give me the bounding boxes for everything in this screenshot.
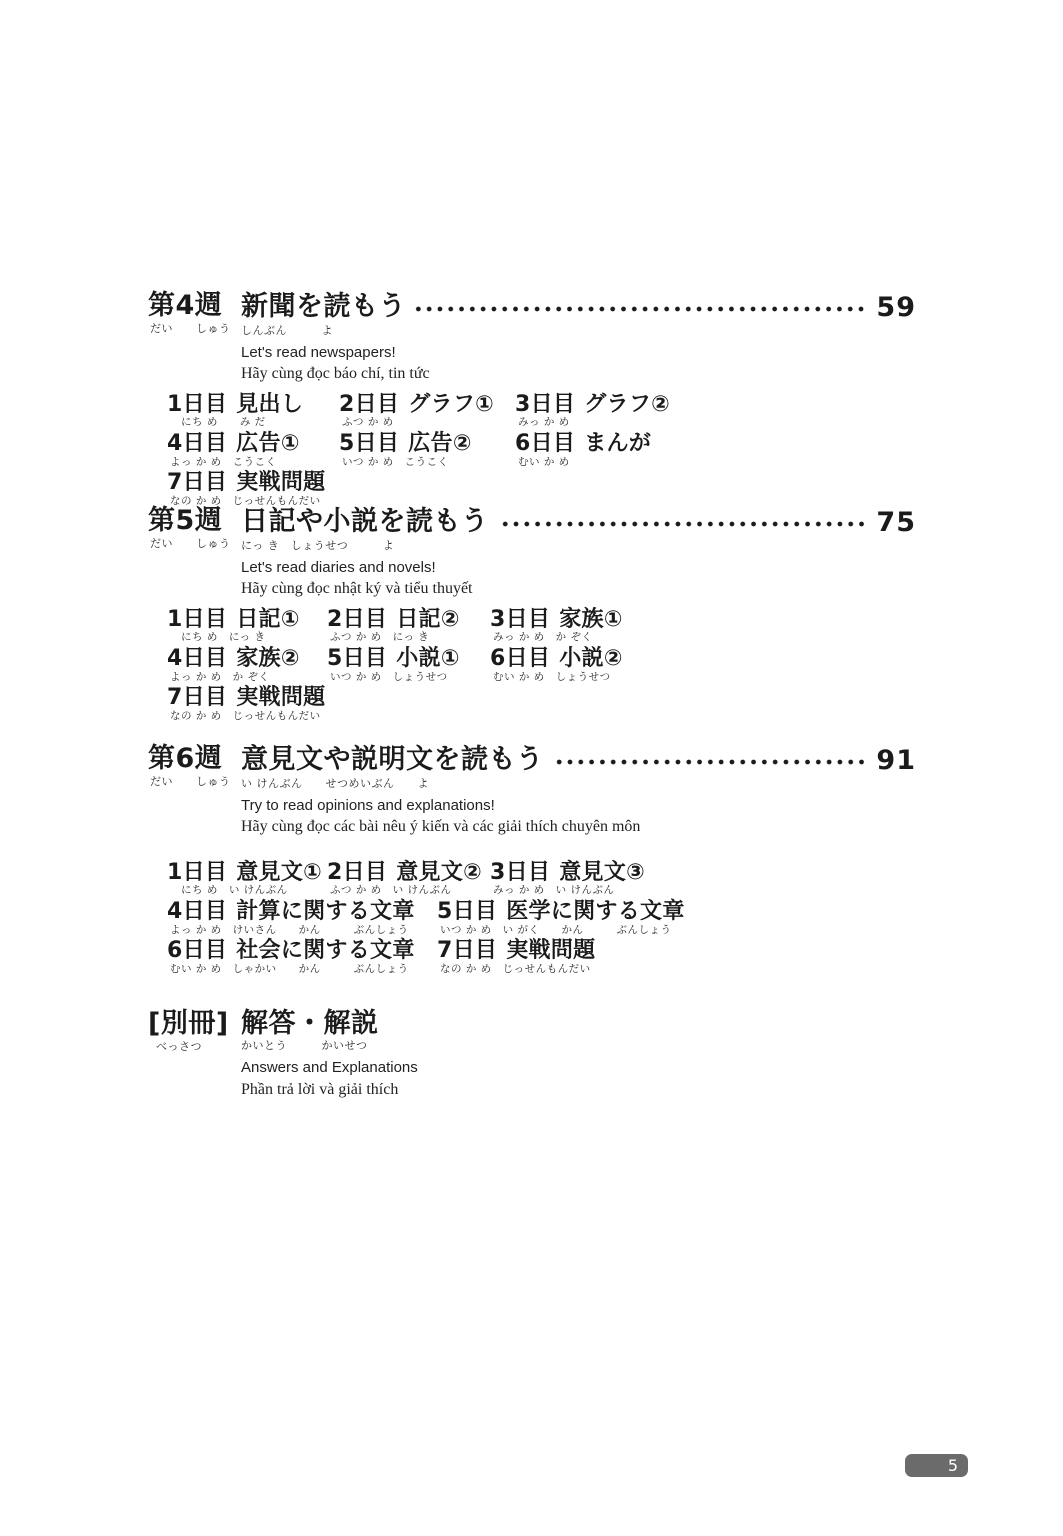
day-number: 1日目 [167, 392, 227, 417]
week-label: 第5週 [148, 507, 241, 535]
week-head: 第6週 だい しゅう 意見文や説明文を読もう 91 い けんぶん せつめいぶん … [148, 745, 916, 837]
day-furigana: ふつ か め い けんぶん [327, 885, 484, 897]
day-entry: 7日目実戦問題 [167, 471, 910, 495]
day-topic: 日記① [236, 607, 300, 632]
day-item: 1日目日記① にち め にっ き [167, 608, 327, 644]
week-subtitle-vietnamese: Hãy cùng đọc các bài nêu ý kiến và các g… [241, 818, 916, 836]
appendix-label: [別冊] [148, 1010, 241, 1038]
day-furigana: みっ か め [515, 417, 910, 429]
day-furigana: いつ か め い がく かん ぶんしょう [437, 925, 910, 937]
day-topic: 実戦問題 [236, 470, 325, 495]
week-page-number: 59 [876, 292, 916, 323]
day-item: 5日目医学に関する文章 いつ か め い がく かん ぶんしょう [437, 900, 916, 936]
day-entry: 6日目まんが [515, 432, 910, 456]
day-number: 5日目 [339, 431, 399, 456]
day-number: 6日目 [490, 646, 550, 671]
day-number: 5日目 [327, 646, 387, 671]
week-section: 第6週 だい しゅう 意見文や説明文を読もう 91 い けんぶん せつめいぶん … [148, 745, 916, 979]
day-furigana: にち め い けんぶん [167, 885, 321, 897]
week-title-line: 意見文や説明文を読もう 91 [241, 745, 916, 776]
week-subtitle-english: Let's read diaries and novels! [241, 559, 916, 576]
toc-page: 第4週 だい しゅう 新聞を読もう 59 しんぶん よ Let's read n… [0, 0, 1063, 1536]
week-label: 第6週 [148, 745, 241, 773]
appendix-title: 解答・解説 [241, 1010, 379, 1038]
day-entry: 5日目広告② [339, 432, 509, 456]
day-item: 1日目意見文① にち め い けんぶん [167, 861, 327, 897]
day-row: 1日目見出し にち め み だ 2日目グラフ① ふつ か め 3日目グラフ② み… [167, 393, 916, 429]
day-row: 4日目計算に関する文章 よっ か め けいさん かん ぶんしょう 5日目医学に関… [167, 900, 916, 936]
day-topic: 見出し [236, 392, 303, 417]
day-entry: 7日目実戦問題 [437, 939, 910, 963]
day-item: 6日目小説② むい か め しょうせつ [490, 647, 916, 683]
day-topic: 日記② [396, 607, 460, 632]
day-item: 3日目意見文③ みっ か め い けんぶん [490, 861, 916, 897]
appendix-label-furigana: べっさつ [148, 1041, 241, 1053]
day-item: 7日目実戦問題 なの か め じっせんもんだい [437, 939, 916, 975]
day-topic: 家族② [236, 646, 300, 671]
day-item: 6日目まんが むい か め [515, 432, 916, 468]
day-topic: 実戦問題 [236, 685, 325, 710]
week-title-line: 日記や小説を読もう 75 [241, 507, 916, 538]
day-item: 7日目実戦問題 なの か め じっせんもんだい [167, 686, 916, 722]
day-entry: 4日目広告① [167, 432, 333, 456]
day-row: 6日目社会に関する文章 むい か め しゃかい かん ぶんしょう 7日目実戦問題… [167, 939, 916, 975]
week-page-number: 91 [876, 745, 916, 776]
day-number: 1日目 [167, 607, 227, 632]
page-number: 5 [948, 1458, 958, 1474]
day-number: 3日目 [515, 392, 575, 417]
day-number: 6日目 [167, 938, 227, 963]
day-item: 5日目小説① いつ か め しょうせつ [327, 647, 490, 683]
week-title-furigana: しんぶん よ [241, 325, 916, 337]
day-furigana: ふつ か め にっ き [327, 632, 484, 644]
day-item: 4日目計算に関する文章 よっ か め けいさん かん ぶんしょう [167, 900, 437, 936]
day-furigana: にち め にっ き [167, 632, 321, 644]
week-label-furigana: だい しゅう [148, 538, 241, 550]
day-topic: まんが [584, 431, 651, 456]
week-subtitle-vietnamese: Hãy cùng đọc báo chí, tin tức [241, 365, 916, 383]
day-furigana: むい か め しゃかい かん ぶんしょう [167, 964, 431, 976]
week-title: 意見文や説明文を読もう [241, 746, 544, 774]
day-item: 5日目広告② いつ か め こうこく [339, 432, 515, 468]
week-title: 新聞を読もう [241, 293, 406, 321]
week-label: 第4週 [148, 292, 241, 320]
day-furigana: むい か め しょうせつ [490, 672, 910, 684]
day-number: 1日目 [167, 860, 227, 885]
day-row: 7日目実戦問題 なの か め じっせんもんだい [167, 686, 916, 722]
week-subtitle-english: Let's read newspapers! [241, 344, 916, 361]
week-title-line: 新聞を読もう 59 [241, 292, 916, 323]
week-title: 日記や小説を読もう [241, 508, 489, 536]
day-entry: 5日目医学に関する文章 [437, 900, 910, 924]
day-number: 2日目 [339, 392, 399, 417]
day-furigana: みっ か め か ぞく [490, 632, 910, 644]
day-item: 1日目見出し にち め み だ [167, 393, 339, 429]
day-furigana: ふつ か め [339, 417, 509, 429]
appendix-label-column: [別冊] べっさつ [148, 1010, 241, 1053]
day-entry: 4日目計算に関する文章 [167, 900, 431, 924]
day-rows: 1日目見出し にち め み だ 2日目グラフ① ふつ か め 3日目グラフ② み… [167, 393, 916, 508]
page-number-badge: 5 [905, 1454, 968, 1477]
week-label-column: 第4週 だい しゅう [148, 292, 241, 335]
day-number: 4日目 [167, 431, 227, 456]
day-topic: 医学に関する文章 [506, 899, 684, 924]
day-furigana: なの か め じっせんもんだい [437, 964, 910, 976]
day-item: 6日目社会に関する文章 むい か め しゃかい かん ぶんしょう [167, 939, 437, 975]
day-entry: 5日目小説① [327, 647, 484, 671]
day-entry: 3日目家族① [490, 608, 910, 632]
day-entry: 7日目実戦問題 [167, 686, 910, 710]
day-row: 4日目家族② よっ か め か ぞく 5日目小説① いつ か め しょうせつ 6… [167, 647, 916, 683]
day-entry: 6日目小説② [490, 647, 910, 671]
day-entry: 4日目家族② [167, 647, 321, 671]
day-furigana: なの か め じっせんもんだい [167, 711, 910, 723]
day-furigana: にち め み だ [167, 417, 333, 429]
week-section: 第5週 だい しゅう 日記や小説を読もう 75 にっ き しょうせつ よ Let… [148, 507, 916, 726]
day-item: 3日目グラフ② みっ か め [515, 393, 916, 429]
day-rows: 1日目日記① にち め にっ き 2日目日記② ふつ か め にっ き 3日目家… [167, 608, 916, 723]
day-number: 3日目 [490, 607, 550, 632]
day-item: 3日目家族① みっ か め か ぞく [490, 608, 916, 644]
day-furigana: よっ か め か ぞく [167, 672, 321, 684]
dot-leader [497, 520, 867, 528]
day-topic: 広告② [408, 431, 472, 456]
day-topic: 意見文① [236, 860, 322, 885]
day-topic: グラフ① [408, 392, 494, 417]
day-number: 7日目 [167, 470, 227, 495]
appendix-title-line: 解答・解説 [241, 1010, 916, 1038]
day-furigana: よっ か め けいさん かん ぶんしょう [167, 925, 431, 937]
day-entry: 1日目日記① [167, 608, 321, 632]
day-number: 5日目 [437, 899, 497, 924]
week-title-column: 日記や小説を読もう 75 にっ き しょうせつ よ Let's read dia… [241, 507, 916, 599]
day-number: 7日目 [167, 685, 227, 710]
day-entry: 2日目日記② [327, 608, 484, 632]
week-subtitle-vietnamese: Hãy cùng đọc nhật ký và tiểu thuyết [241, 580, 916, 598]
week-label-column: 第5週 だい しゅう [148, 507, 241, 550]
day-topic: 実戦問題 [506, 938, 595, 963]
day-furigana: いつ か め こうこく [339, 457, 509, 469]
day-topic: 意見文③ [559, 860, 645, 885]
day-topic: 社会に関する文章 [236, 938, 414, 963]
day-row: 4日目広告① よっ か め こうこく 5日目広告② いつ か め こうこく 6日… [167, 432, 916, 468]
day-topic: グラフ② [584, 392, 670, 417]
day-number: 6日目 [515, 431, 575, 456]
day-entry: 1日目見出し [167, 393, 333, 417]
day-number: 2日目 [327, 607, 387, 632]
day-topic: 広告① [236, 431, 300, 456]
day-number: 7日目 [437, 938, 497, 963]
day-furigana: よっ か め こうこく [167, 457, 333, 469]
day-row: 1日目意見文① にち め い けんぶん 2日目意見文② ふつ か め い けんぶ… [167, 861, 916, 897]
day-rows: 1日目意見文① にち め い けんぶん 2日目意見文② ふつ か め い けんぶ… [167, 861, 916, 976]
week-label-furigana: だい しゅう [148, 776, 241, 788]
day-row: 1日目日記① にち め にっ き 2日目日記② ふつ か め にっ き 3日目家… [167, 608, 916, 644]
day-topic: 小説① [396, 646, 460, 671]
week-label-furigana: だい しゅう [148, 323, 241, 335]
day-number: 4日目 [167, 646, 227, 671]
day-item: 2日目日記② ふつ か め にっ き [327, 608, 490, 644]
day-item: 4日目家族② よっ か め か ぞく [167, 647, 327, 683]
appendix-subtitle-vietnamese: Phần trả lời và giải thích [241, 1081, 916, 1099]
week-subtitle-english: Try to read opinions and explanations! [241, 797, 916, 814]
day-item: 2日目グラフ① ふつ か め [339, 393, 515, 429]
day-item: 4日目広告① よっ か め こうこく [167, 432, 339, 468]
day-entry: 3日目意見文③ [490, 861, 910, 885]
day-number: 4日目 [167, 899, 227, 924]
week-title-furigana: にっ き しょうせつ よ [241, 540, 916, 552]
week-page-number: 75 [876, 507, 916, 538]
day-entry: 2日目意見文② [327, 861, 484, 885]
appendix-section: [別冊] べっさつ 解答・解説 かいとう かいせつ Answers and Ex… [148, 1010, 916, 1099]
dot-leader [552, 758, 867, 766]
week-head: 第5週 だい しゅう 日記や小説を読もう 75 にっ き しょうせつ よ Let… [148, 507, 916, 599]
day-furigana: みっ か め い けんぶん [490, 885, 910, 897]
day-number: 3日目 [490, 860, 550, 885]
week-head: 第4週 だい しゅう 新聞を読もう 59 しんぶん よ Let's read n… [148, 292, 916, 384]
appendix-subtitle-english: Answers and Explanations [241, 1059, 916, 1076]
dot-leader [414, 305, 866, 313]
appendix-title-furigana: かいとう かいせつ [241, 1040, 916, 1052]
day-row: 7日目実戦問題 なの か め じっせんもんだい [167, 471, 916, 507]
day-topic: 計算に関する文章 [236, 899, 414, 924]
day-entry: 6日目社会に関する文章 [167, 939, 431, 963]
day-item: 7日目実戦問題 なの か め じっせんもんだい [167, 471, 916, 507]
day-item: 2日目意見文② ふつ か め い けんぶん [327, 861, 490, 897]
day-topic: 家族① [559, 607, 623, 632]
day-entry: 3日目グラフ② [515, 393, 910, 417]
week-section: 第4週 だい しゅう 新聞を読もう 59 しんぶん よ Let's read n… [148, 292, 916, 511]
week-title-column: 意見文や説明文を読もう 91 い けんぶん せつめいぶん よ Try to re… [241, 745, 916, 837]
week-title-column: 新聞を読もう 59 しんぶん よ Let's read newspapers! … [241, 292, 916, 384]
appendix-head: [別冊] べっさつ 解答・解説 かいとう かいせつ Answers and Ex… [148, 1010, 916, 1099]
day-furigana: いつ か め しょうせつ [327, 672, 484, 684]
day-entry: 1日目意見文① [167, 861, 321, 885]
day-entry: 2日目グラフ① [339, 393, 509, 417]
day-furigana: むい か め [515, 457, 910, 469]
day-number: 2日目 [327, 860, 387, 885]
appendix-title-column: 解答・解説 かいとう かいせつ Answers and Explanations… [241, 1010, 916, 1099]
day-topic: 小説② [559, 646, 623, 671]
week-label-column: 第6週 だい しゅう [148, 745, 241, 788]
week-title-furigana: い けんぶん せつめいぶん よ [241, 778, 916, 790]
day-topic: 意見文② [396, 860, 482, 885]
